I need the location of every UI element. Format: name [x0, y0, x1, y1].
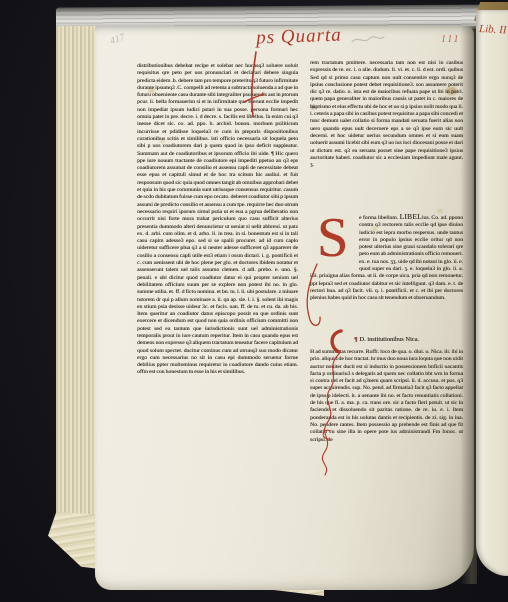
right-text-column-libellus: Se forma libellum. LIBELlus. Co. ad. ppo…: [310, 213, 463, 337]
rubric-label: D. institutionibus Nica.: [359, 336, 419, 343]
facing-running-title: Lib. II: [479, 23, 508, 37]
rubricated-initial: S: [310, 214, 355, 267]
libellus-caps: LIBEL: [399, 213, 421, 221]
paraph-mark: ¶: [354, 336, 357, 343]
section-rubric: ¶D. institutionibus Nica.: [310, 335, 463, 345]
page-fore-edge-stack: [56, 26, 97, 546]
photograph-of-incunabulum-page: { "colors": { "background": "#15151a", "…: [0, 0, 508, 602]
right-text-column-bottom: H ad summistas recurre. Roffr. loco de q…: [310, 349, 463, 500]
folio-number: 111: [441, 34, 461, 45]
facing-page-edge: Lib. II: [476, 10, 508, 576]
libellus-intro: e forma libellum.: [359, 215, 399, 221]
left-text-column: distributionibus debebat recipe et soleb…: [137, 63, 298, 509]
right-text-column-top: rem tractatum pmittere. necessaria tam n…: [310, 60, 463, 212]
